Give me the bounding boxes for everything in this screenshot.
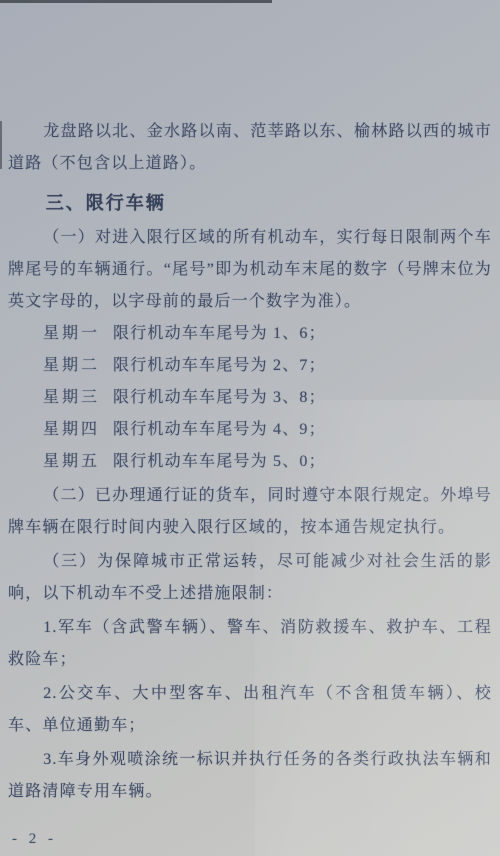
rule-text: 限行机动车车尾号为 3、8；: [113, 389, 326, 406]
page-number: - 2 -: [12, 831, 57, 848]
rule-text: 限行机动车车尾号为 5、0；: [113, 453, 326, 470]
day-label: 星期二: [43, 357, 100, 374]
paragraph-exemption-intro: （三）为保障城市正常运转，尽可能减少对社会生活的影响，以下机动车不受上述措施限制…: [8, 546, 492, 610]
schedule-row-wednesday: 星期三限行机动车车尾号为 3、8；: [43, 382, 492, 414]
photo-edge-artifact-top: [0, 0, 272, 3]
rule-text: 限行机动车车尾号为 4、9；: [113, 421, 326, 438]
document-photo: 龙盘路以北、金水路以南、范莘路以东、榆林路以西的城市道路（不包含以上道路）。 三…: [0, 0, 500, 856]
section-heading: 三、限行车辆: [8, 186, 492, 220]
day-label: 星期四: [43, 421, 100, 438]
schedule-row-friday: 星期五限行机动车车尾号为 5、0；: [43, 446, 492, 478]
day-label: 星期一: [43, 325, 100, 342]
exemption-item-3: 3.车身外观喷涂统一标识并执行任务的各类行政执法车辆和道路清障专用车辆。: [8, 744, 492, 808]
document-content: 龙盘路以北、金水路以南、范莘路以东、榆林路以西的城市道路（不包含以上道路）。 三…: [8, 114, 492, 808]
intro-paragraph: 龙盘路以北、金水路以南、范莘路以东、榆林路以西的城市道路（不包含以上道路）。: [8, 116, 492, 180]
schedule-row-tuesday: 星期二限行机动车车尾号为 2、7；: [43, 350, 492, 382]
rule-text: 限行机动车车尾号为 2、7；: [113, 357, 326, 374]
weekday-schedule: 星期一限行机动车车尾号为 1、6； 星期二限行机动车车尾号为 2、7； 星期三限…: [8, 318, 492, 478]
schedule-row-monday: 星期一限行机动车车尾号为 1、6；: [43, 318, 492, 350]
photo-edge-artifact-left: [0, 121, 2, 169]
paragraph-permit-trucks: （二）已办理通行证的货车，同时遵守本限行规定。外埠号牌车辆在限行时间内驶入限行区…: [8, 480, 492, 544]
rule-text: 限行机动车车尾号为 1、6；: [113, 325, 326, 342]
day-label: 星期五: [43, 453, 100, 470]
exemption-item-2: 2.公交车、大中型客车、出租汽车（不含租赁车辆）、校车、单位通勤车；: [8, 678, 492, 742]
paragraph-restriction-rule: （一）对进入限行区域的所有机动车，实行每日限制两个车牌尾号的车辆通行。“尾号”即…: [8, 222, 492, 318]
exemption-item-1: 1.军车（含武警车辆）、警车、消防救援车、救护车、工程救险车；: [8, 612, 492, 676]
schedule-row-thursday: 星期四限行机动车车尾号为 4、9；: [43, 414, 492, 446]
day-label: 星期三: [43, 389, 100, 406]
